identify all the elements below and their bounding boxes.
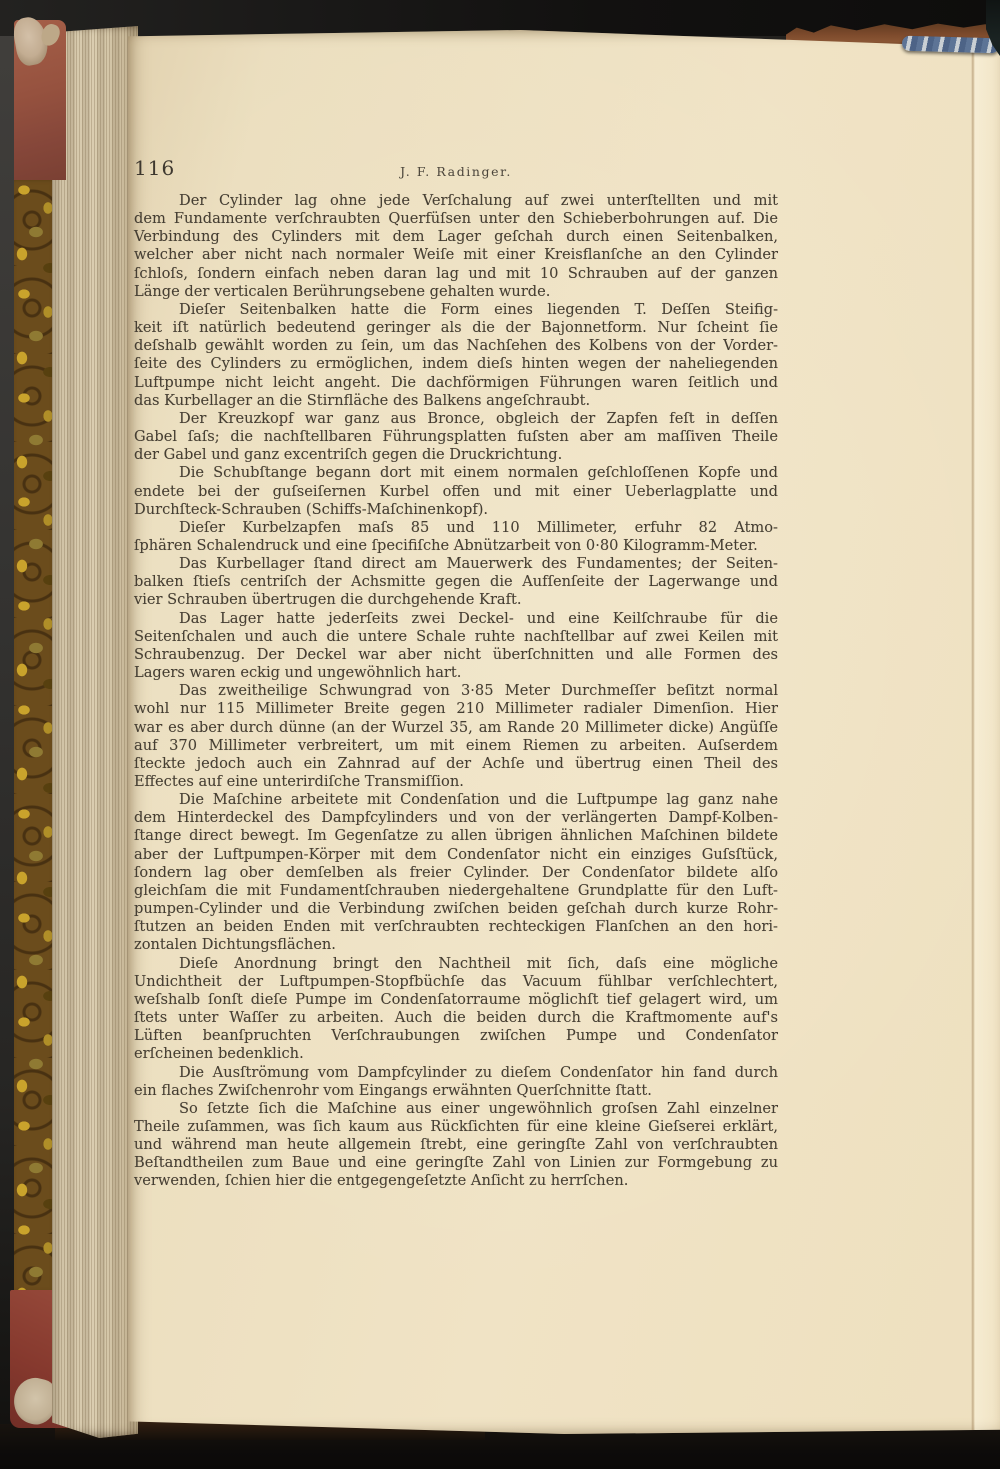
text-line: Undichtheit der Luftpumpen-Stopfbüchſe d… bbox=[134, 973, 778, 991]
text-line: Dieſer Kurbelzapfen maſs 85 und 110 Mill… bbox=[134, 519, 778, 537]
text-line: ſeite des Cylinders zu ermöglichen, inde… bbox=[134, 355, 778, 373]
headband bbox=[902, 36, 999, 54]
text-line: dem Hinterdeckel des Dampfcylinders und … bbox=[134, 809, 778, 827]
text-line: Beſtandtheilen zum Baue und eine geringſ… bbox=[134, 1154, 778, 1172]
text-line: Dieſer Seitenbalken hatte die Form eines… bbox=[134, 301, 778, 319]
text-line: pumpen-Cylinder und die Verbindung zwiſc… bbox=[134, 900, 778, 918]
text-line: So ſetzte ſich die Maſchine aus einer un… bbox=[134, 1100, 778, 1118]
text-line: gleichſam die mit Fundamentſchrauben nie… bbox=[134, 882, 778, 900]
text-line: Effectes auf eine unterirdiſche Transmiſ… bbox=[134, 773, 778, 791]
text-line: erſcheinen bedenklich. bbox=[134, 1045, 778, 1063]
text-line: Länge der verticalen Berührungsebene geh… bbox=[134, 283, 778, 301]
text-line: Schraubenzug. Der Deckel war aber nicht … bbox=[134, 646, 778, 664]
text-line: weſshalb ſonſt dieſe Pumpe im Condenſato… bbox=[134, 991, 778, 1009]
text-line: war es aber durch dünne (an der Wurzel 3… bbox=[134, 719, 778, 737]
text-line: Durchſteck-Schrauben (Schiffs-Maſchinenk… bbox=[134, 501, 778, 519]
text-line: zontalen Dichtungsflächen. bbox=[134, 936, 778, 954]
text-line: Lüften beanſpruchten Verſchraubungen zwi… bbox=[134, 1027, 778, 1045]
running-header: J. F. Radinger. bbox=[134, 164, 778, 179]
text-line: ſchloſs, ſondern einfach neben daran lag… bbox=[134, 265, 778, 283]
text-line: Der Kreuzkopf war ganz aus Bronce, obgle… bbox=[134, 410, 778, 428]
text-line: vier Schrauben übertrugen die durchgehen… bbox=[134, 591, 778, 609]
scanned-book-photo: 116 J. F. Radinger. Der Cylinder lag ohn… bbox=[0, 0, 1000, 1469]
text-line: Das Lager hatte jederſeits zwei Deckel- … bbox=[134, 610, 778, 628]
text-line: ſtutzen an beiden Enden mit verſchraubte… bbox=[134, 918, 778, 936]
text-line: ein flaches Zwiſchenrohr vom Eingangs er… bbox=[134, 1082, 778, 1100]
text-line: Das Kurbellager ſtand direct am Mauerwer… bbox=[134, 555, 778, 573]
text-line: ſphären Schalendruck und eine ſpecifiſch… bbox=[134, 537, 778, 555]
text-line: endete bei der guſseiſernen Kurbel offen… bbox=[134, 483, 778, 501]
text-block: Der Cylinder lag ohne jede Verſchalung a… bbox=[134, 192, 778, 1191]
text-line: verwenden, ſchien hier die entgegengeſet… bbox=[134, 1172, 778, 1190]
text-line: Das zweitheilige Schwungrad von 3·85 Met… bbox=[134, 682, 778, 700]
text-line: Verbindung des Cylinders mit dem Lager g… bbox=[134, 228, 778, 246]
text-line: auf 370 Millimeter verbreitert, um mit e… bbox=[134, 737, 778, 755]
text-line: balken ſtieſs centriſch der Achsmitte ge… bbox=[134, 573, 778, 591]
text-line: und während man heute allgemein ſtrebt, … bbox=[134, 1136, 778, 1154]
text-line: Seitenſchalen und auch die untere Schale… bbox=[134, 628, 778, 646]
text-line: Luftpumpe nicht leicht angeht. Die dachf… bbox=[134, 374, 778, 392]
text-line: aber der Luftpumpen-Körper mit dem Conde… bbox=[134, 846, 778, 864]
text-line: welcher aber nicht nach normaler Weiſe m… bbox=[134, 246, 778, 264]
text-line: deſshalb gewählt worden zu ſein, um das … bbox=[134, 337, 778, 355]
text-line: das Kurbellager an die Stirnfläche des B… bbox=[134, 392, 778, 410]
text-line: ſteckte jedoch auch ein Zahnrad auf der … bbox=[134, 755, 778, 773]
text-line: Gabel ſaſs; die nachſtellbaren Führungsp… bbox=[134, 428, 778, 446]
text-line: keit iſt natürlich bedeutend geringer al… bbox=[134, 319, 778, 337]
text-line: wohl nur 115 Millimeter Breite gegen 210… bbox=[134, 700, 778, 718]
text-line: der Gabel und ganz excentriſch gegen die… bbox=[134, 446, 778, 464]
text-line: Lagers waren eckig und ungewöhnlich hart… bbox=[134, 664, 778, 682]
fore-edge-page-stack bbox=[52, 26, 138, 1438]
next-leaf-edge bbox=[975, 30, 1000, 1434]
text-line: ſondern lag ober demſelben als freier Cy… bbox=[134, 864, 778, 882]
text-line: Die Ausſtrömung vom Dampfcylinder zu die… bbox=[134, 1064, 778, 1082]
text-line: Der Cylinder lag ohne jede Verſchalung a… bbox=[134, 192, 778, 210]
text-line: Die Maſchine arbeitete mit Condenſation … bbox=[134, 791, 778, 809]
text-line: Dieſe Anordnung bringt den Nachtheil mit… bbox=[134, 955, 778, 973]
text-line: ſtange direct bewegt. Im Gegenſatze zu a… bbox=[134, 827, 778, 845]
text-line: ſtets unter Waſſer zu arbeiten. Auch die… bbox=[134, 1009, 778, 1027]
text-line: Theile zuſammen, was ſich kaum aus Rückſ… bbox=[134, 1118, 778, 1136]
text-line: Die Schubſtange begann dort mit einem no… bbox=[134, 464, 778, 482]
text-line: dem Fundamente verſchraubten Querfüſsen … bbox=[134, 210, 778, 228]
